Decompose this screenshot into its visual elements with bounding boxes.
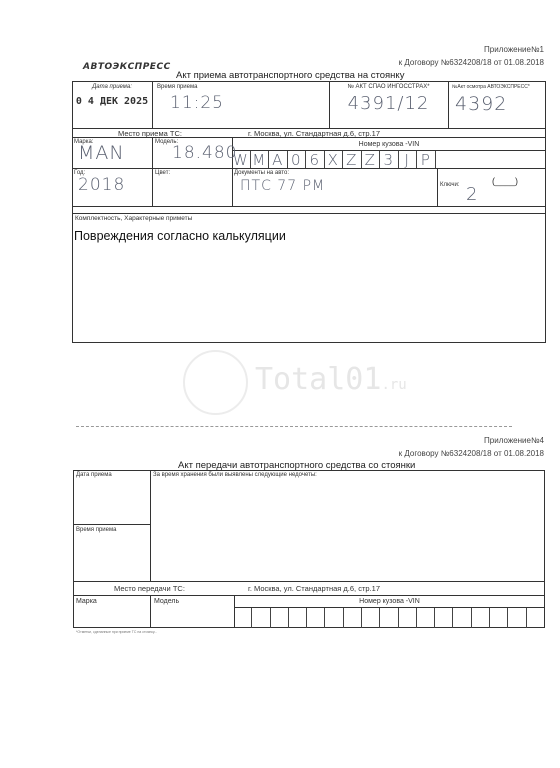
keys-extra: (____) (492, 176, 518, 186)
model-value: 18.480 (172, 143, 237, 163)
vin-char-cell: A (269, 151, 288, 168)
vin-char-cell: Z (343, 151, 362, 168)
vin-char-cell: J (399, 151, 418, 168)
vin-empty-cell (307, 608, 325, 628)
vin-empty-cell (472, 608, 490, 628)
vin-empty-cell (417, 608, 435, 628)
date-label: Дата приема: (72, 84, 152, 90)
vin-empty-cell (344, 608, 362, 628)
act1-contract-reference: к Договору №6324208/18 от 01.08.2018 (399, 58, 544, 67)
vin-empty-cell (435, 608, 453, 628)
place-value: г. Москва, ул. Стандартная д.6, стр.17 (248, 129, 380, 138)
act1-appendix-number: Приложение№1 (484, 45, 544, 54)
make-value: MAN (78, 142, 125, 164)
vin-empty-cell (234, 608, 252, 628)
vin-char-cell: 6 (306, 151, 325, 168)
vin-char-cell: Z (362, 151, 381, 168)
vin-char-cell: 3 (380, 151, 399, 168)
vin-empty-cell (271, 608, 289, 628)
act2-vin-label: Номер кузова -VIN (234, 598, 545, 605)
act2-date-label: Дата приема (76, 472, 112, 478)
vin-empty-cell (453, 608, 471, 628)
act2-place-value: г. Москва, ул. Стандартная д.6, стр.17 (248, 584, 380, 593)
time-value: 11:25 (170, 93, 224, 113)
vin-empty-cell (399, 608, 417, 628)
act2-contract-reference: к Договору №6324208/18 от 01.08.2018 (399, 449, 544, 458)
features-label: Комплектность, Характерные приметы (75, 215, 192, 222)
vin-empty-cell (508, 608, 526, 628)
footnote: *Отметки, сделанные при приеме ТС на сто… (76, 630, 157, 634)
act2-model-label: Модель (154, 598, 179, 605)
vin-empty-cell (362, 608, 380, 628)
vin-empty-cell (289, 608, 307, 628)
company-logo: АВТОЭКСПРЕСС (83, 62, 171, 72)
keys-label: Ключи: (440, 182, 460, 188)
defects-label: За время хранения были выявлены следующи… (153, 472, 317, 478)
act2-appendix-number: Приложение№4 (484, 436, 544, 445)
act1-title: Акт приема автотранспортного средства на… (176, 70, 404, 81)
vin-char-cell: P (417, 151, 436, 168)
place-label: Место приема ТС: (118, 129, 182, 138)
documents-label: Документы на авто: (234, 170, 289, 176)
date-stamp: 0 4 ДЕК 2025 (72, 96, 152, 107)
vin-empty-cell (490, 608, 508, 628)
insurer-act-label: № АКТ СПАО ИНГОССТРАХ* (329, 84, 448, 90)
act1-form (72, 81, 546, 343)
vin-char-cell: X (325, 151, 344, 168)
inspection-act-label: №Акт осмотра АВТОЭКСПРЕСС* (452, 84, 530, 90)
vin-empty-cell (252, 608, 270, 628)
act2-make-label: Марка (76, 598, 97, 605)
vin-char-cell: W (232, 151, 251, 168)
vin-char-cell: 0 (288, 151, 307, 168)
act2-place-label: Место передачи ТС: (114, 584, 185, 593)
vin-label: Номер кузова -VIN (232, 141, 546, 148)
time-label: Время приема (157, 84, 197, 90)
watermark-text: Total01.ru (255, 362, 407, 397)
inspection-act-value: 4392 (455, 93, 507, 115)
vin-empty-cell (325, 608, 343, 628)
vin-cells: WMA06XZZ3JP (232, 151, 436, 168)
vin-empty-cell (527, 608, 545, 628)
vin-empty-cell (380, 608, 398, 628)
act2-time-label: Время приема (76, 527, 116, 533)
act2-vin-cells (234, 608, 545, 628)
watermark-logo-icon (183, 350, 248, 415)
documents-value: ПТС 77 РМ (240, 178, 325, 194)
color-label: Цвет: (155, 170, 170, 176)
year-value: 2018 (78, 175, 125, 195)
keys-value: 2 (466, 184, 478, 205)
features-value: Повреждения согласно калькуляции (74, 229, 286, 243)
insurer-act-value: 4391/12 (329, 93, 448, 114)
vin-char-cell: M (251, 151, 270, 168)
cut-line (76, 426, 512, 427)
